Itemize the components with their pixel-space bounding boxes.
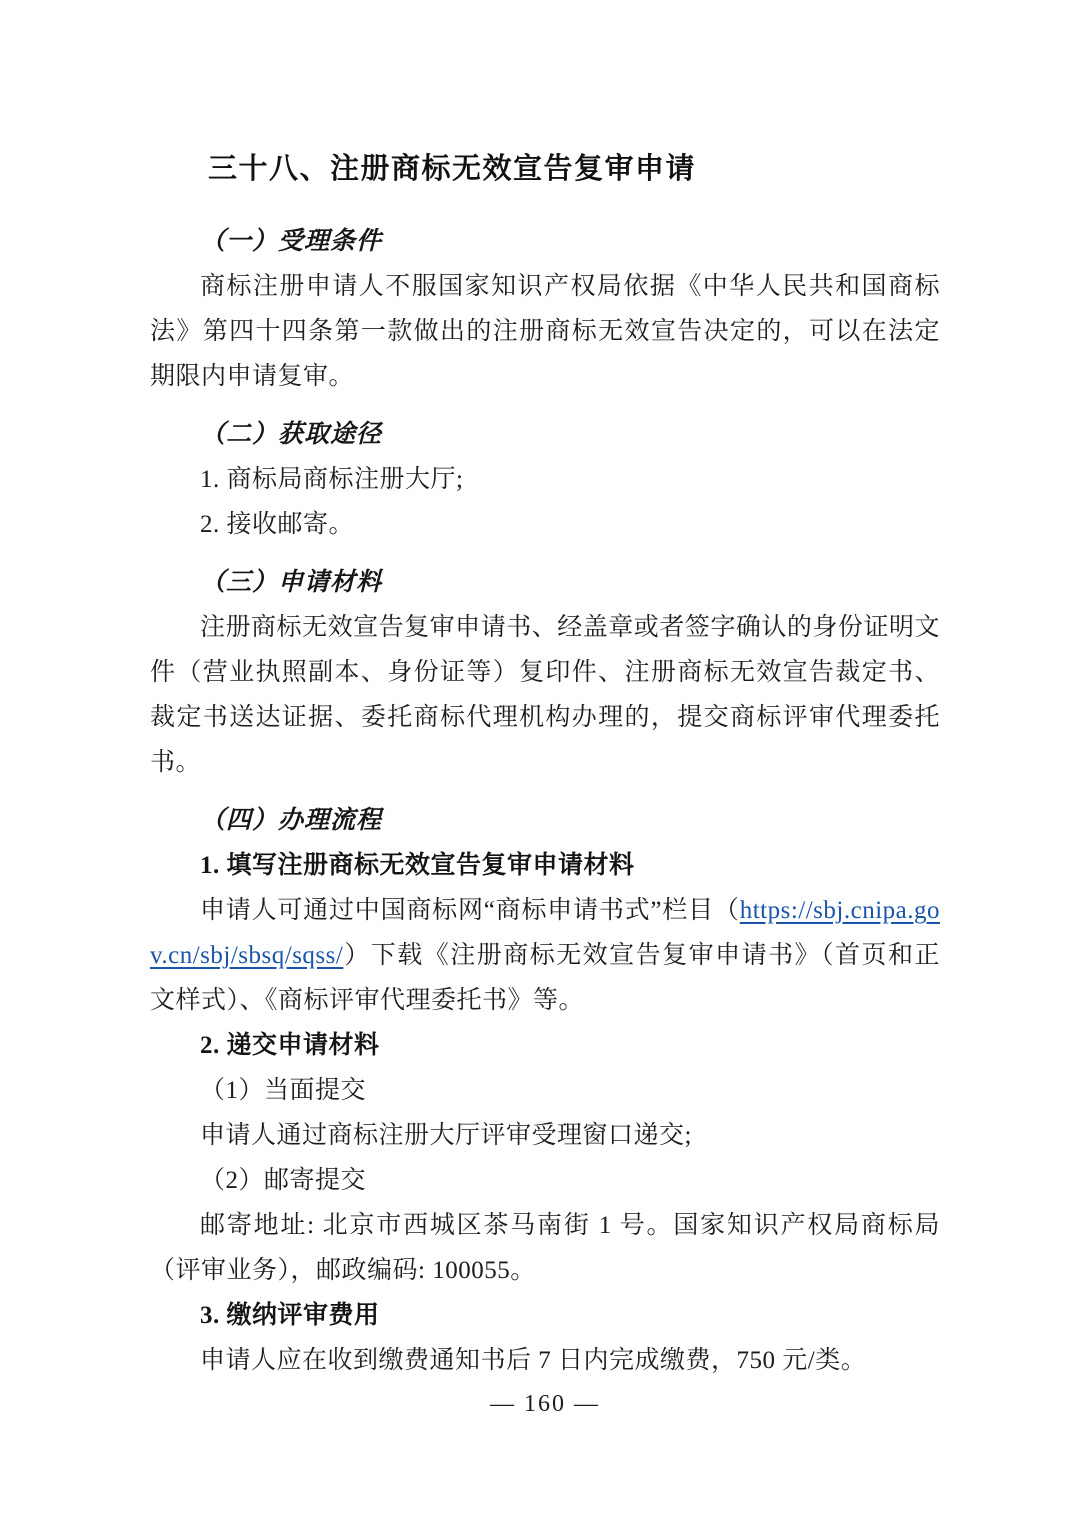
submit-option-in-person-label: （1）当面提交	[150, 1068, 940, 1113]
paragraph-mail-address: 邮寄地址: 北京市西城区茶马南街 1 号。国家知识产权局商标局（评审业务），邮政…	[150, 1203, 940, 1293]
paragraph-acceptance-conditions: 商标注册申请人不服国家知识产权局依据《中华人民共和国商标法》第四十四条第一款做出…	[150, 264, 940, 399]
submit-option-in-person-detail: 申请人通过商标注册大厅评审受理窗口递交;	[150, 1113, 940, 1158]
step-heading-fill-materials: 1. 填写注册商标无效宣告复审申请材料	[150, 843, 940, 888]
step-heading-submit-materials: 2. 递交申请材料	[150, 1023, 940, 1068]
paragraph-pay-fee: 申请人应在收到缴费通知书后 7 日内完成缴费，750 元/类。	[150, 1338, 940, 1383]
list-item-channel-mail: 2. 接收邮寄。	[150, 502, 940, 547]
section-heading-obtain-channels: （二）获取途径	[150, 412, 940, 457]
section-heading-application-materials: （三）申请材料	[150, 560, 940, 605]
document-page: 三十八、注册商标无效宣告复审申请 （一）受理条件 商标注册申请人不服国家知识产权…	[0, 0, 1074, 1520]
section-heading-acceptance-conditions: （一）受理条件	[150, 219, 940, 264]
submit-option-mail-label: （2）邮寄提交	[150, 1158, 940, 1203]
page-title: 三十八、注册商标无效宣告复审申请	[150, 145, 940, 193]
fill-materials-text-before-link: 申请人可通过中国商标网“商标申请书式”栏目（	[200, 897, 740, 924]
list-item-channel-hall: 1. 商标局商标注册大厅;	[150, 457, 940, 502]
page-number: — 160 —	[150, 1384, 940, 1424]
paragraph-application-materials: 注册商标无效宣告复审申请书、经盖章或者签字确认的身份证明文件（营业执照副本、身份…	[150, 605, 940, 785]
section-heading-process: （四）办理流程	[150, 798, 940, 843]
paragraph-fill-materials: 申请人可通过中国商标网“商标申请书式”栏目（https://sbj.cnipa.…	[150, 888, 940, 1023]
step-heading-pay-fee: 3. 缴纳评审费用	[150, 1293, 940, 1338]
